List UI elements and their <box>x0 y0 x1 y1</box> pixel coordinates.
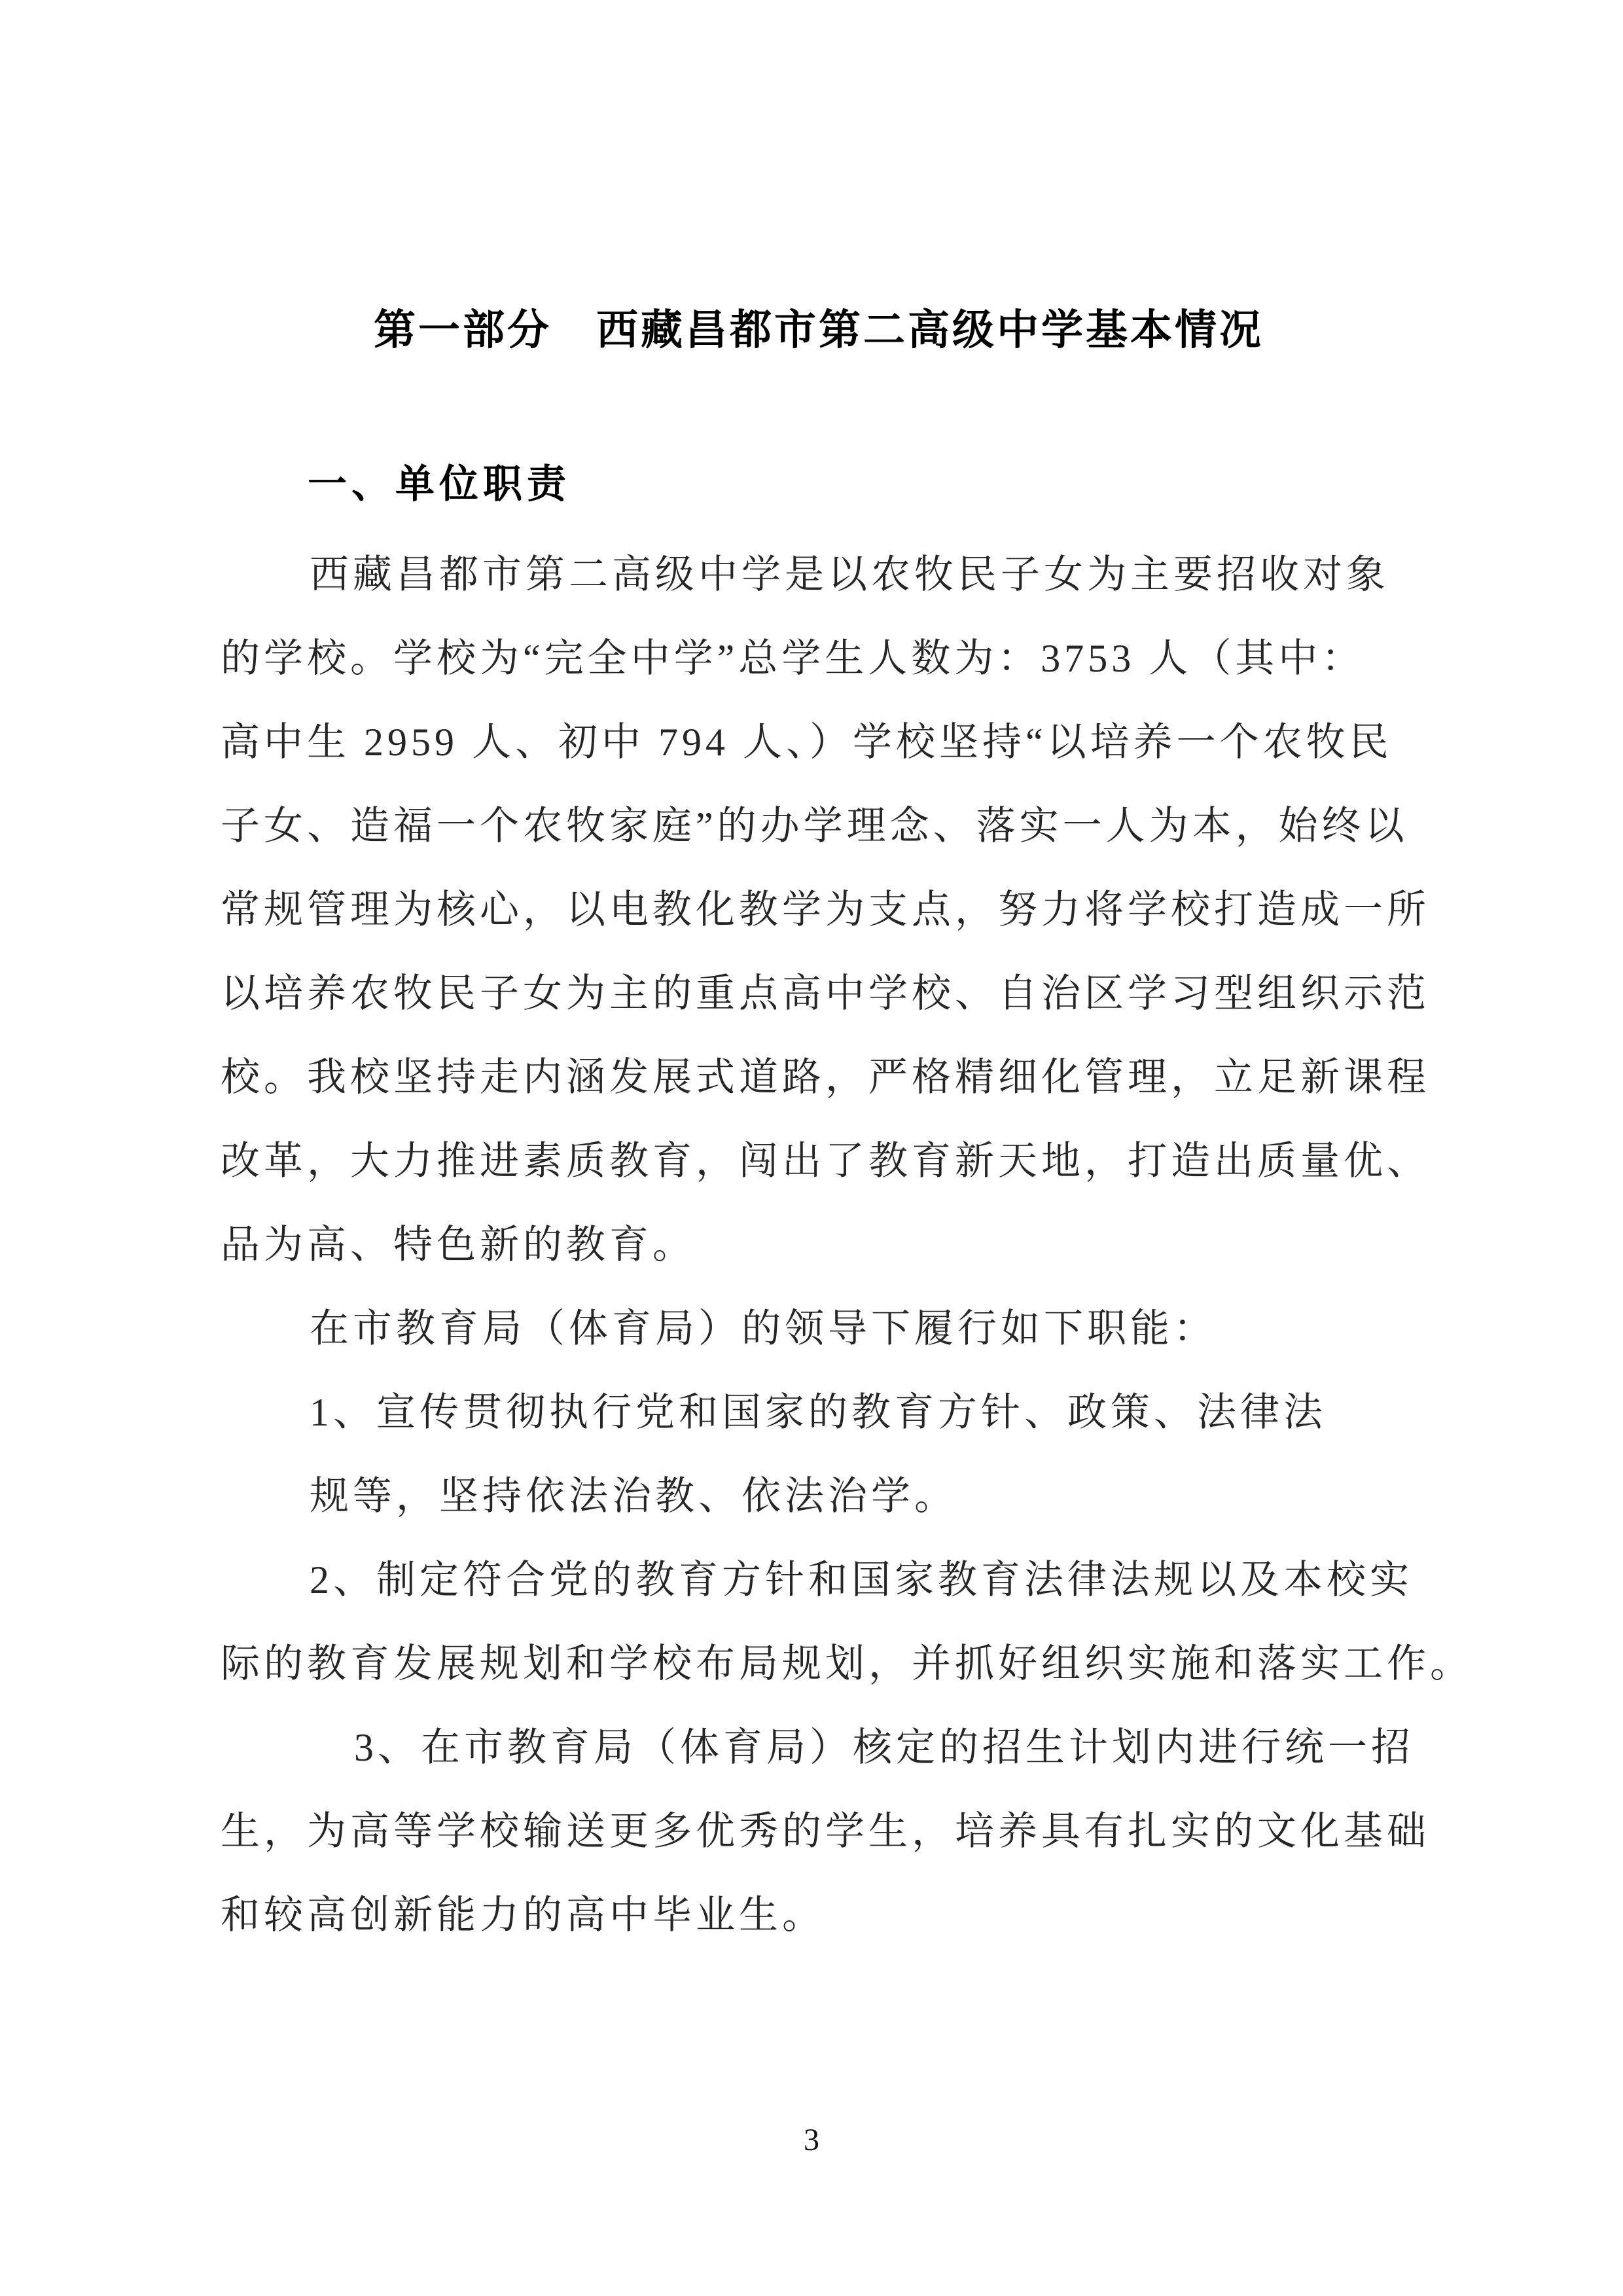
body-line: 和较高创新能力的高中毕业生。 <box>221 1873 1438 1957</box>
body-line: 生，为高等学校输送更多优秀的学生，培养具有扎实的文化基础 <box>221 1789 1438 1873</box>
body-line: 2、制定符合党的教育方针和国家教育法律法规以及本校实 <box>221 1538 1438 1622</box>
document-page: 第一部分 西藏昌都市第二高级中学基本情况 一、单位职责 西藏昌都市第二高级中学是… <box>0 0 1623 2296</box>
body-line: 西藏昌都市第二高级中学是以农牧民子女为主要招收对象 <box>221 533 1438 617</box>
body-line: 规等，坚持依法治教、依法治学。 <box>221 1454 1438 1538</box>
page-number: 3 <box>0 2121 1623 2160</box>
body-line: 品为高、特色新的教育。 <box>221 1203 1438 1287</box>
document-body: 西藏昌都市第二高级中学是以农牧民子女为主要招收对象的学校。学校为“完全中学”总学… <box>221 533 1438 1957</box>
body-line: 3、在市教育局（体育局）核定的招生计划内进行统一招 <box>221 1706 1438 1789</box>
document-title: 第一部分 西藏昌都市第二高级中学基本情况 <box>221 300 1417 360</box>
body-line: 以培养农牧民子女为主的重点高中学校、自治区学习型组织示范 <box>221 952 1438 1035</box>
body-line: 子女、造福一个农牧家庭”的办学理念、落实一人为本，始终以 <box>221 784 1438 868</box>
body-line: 际的教育发展规划和学校布局规划，并抓好组织实施和落实工作。 <box>221 1622 1438 1706</box>
body-line: 的学校。学校为“完全中学”总学生人数为：3753 人（其中： <box>221 617 1438 700</box>
body-line: 常规管理为核心，以电教化教学为支点，努力将学校打造成一所 <box>221 868 1438 952</box>
body-line: 高中生 2959 人、初中 794 人、）学校坚持“以培养一个农牧民 <box>221 700 1438 784</box>
body-line: 校。我校坚持走内涵发展式道路，严格精细化管理，立足新课程 <box>221 1035 1438 1119</box>
body-line: 在市教育局（体育局）的领导下履行如下职能： <box>221 1287 1438 1371</box>
body-line: 1、宣传贯彻执行党和国家的教育方针、政策、法律法 <box>221 1371 1438 1454</box>
section-heading: 一、单位职责 <box>308 457 571 511</box>
body-line: 改革，大力推进素质教育，闯出了教育新天地，打造出质量优、 <box>221 1119 1438 1203</box>
